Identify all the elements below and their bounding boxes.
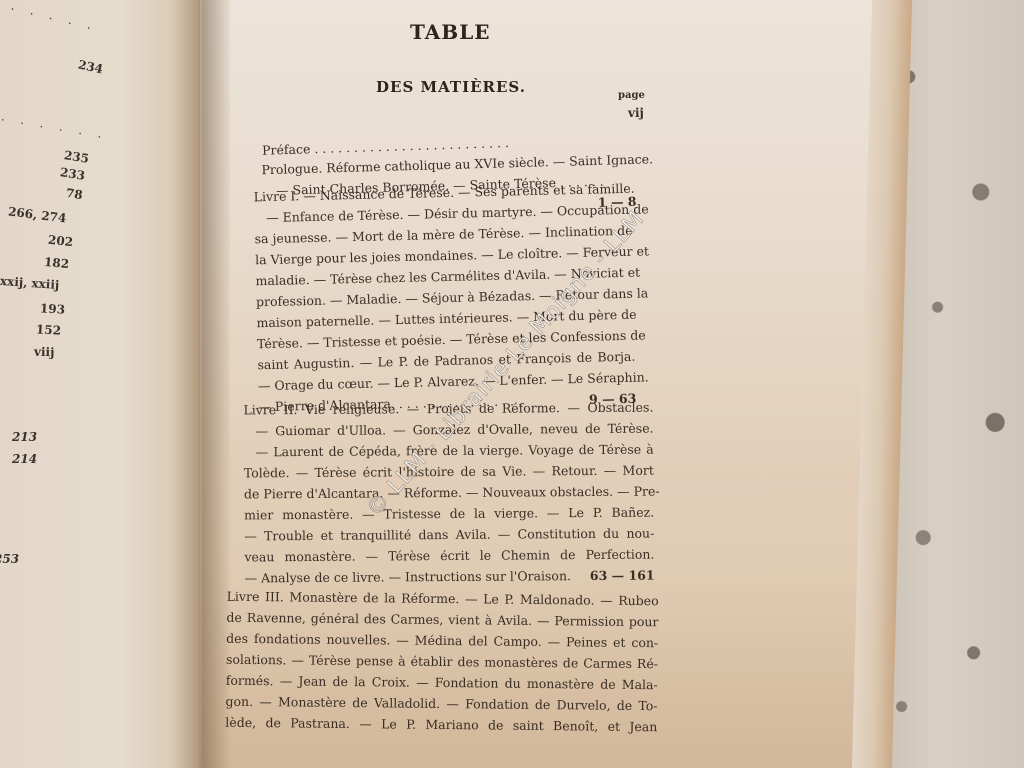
left-page-number: 266, 274: [7, 204, 67, 225]
left-page-index-numbers: · · · · · · 234 · · · · · · 235 233 78 2…: [0, 0, 200, 768]
left-page-number: 253: [0, 552, 19, 566]
toc-pages: 63 — 161: [590, 565, 655, 586]
preface-page-number: vij: [628, 106, 644, 120]
left-page-number: 233: [59, 165, 86, 183]
left-page-number: 202: [47, 233, 73, 250]
left-page-number: 213: [12, 430, 37, 444]
left-page-number: 78: [65, 186, 83, 202]
leader-dots: · · · · · ·: [0, 0, 98, 37]
page-column-label: page: [618, 90, 645, 101]
left-page-number: xxij, xxiij: [0, 274, 60, 292]
page-title: TABLE: [410, 20, 491, 44]
toc-line: veau monastère. — Térèse écrit le Chemin…: [244, 544, 654, 568]
left-page-number: 234: [77, 58, 104, 77]
toc-entry-livre-3: Livre III. Monastère de la Réforme. — Le…: [225, 586, 659, 738]
left-page-number: 235: [63, 148, 90, 166]
left-page-number: 152: [36, 322, 62, 337]
toc-line-with-pages: — Analyse de ce livre. — Instructions su…: [245, 565, 655, 589]
toc-line: — Analyse de ce livre. — Instructions su…: [245, 568, 571, 585]
toc-line: lède, de Pastrana. — Le P. Mariano de sa…: [225, 712, 657, 738]
left-page-number: 182: [43, 255, 69, 271]
left-page-number: viij: [34, 345, 55, 360]
toc-line: de Pierre d'Alcantara. — Réforme. — Nouv…: [244, 481, 654, 505]
leader-dots: · · · · · ·: [0, 113, 108, 146]
left-page-number: 214: [12, 452, 37, 466]
toc-line: mier monastère. — Tristesse de la vierge…: [244, 502, 654, 526]
page-subtitle: DES MATIÈRES.: [376, 78, 526, 96]
toc-line: — Trouble et tranquillité dans Avila. — …: [244, 523, 654, 547]
toc-line: Tolède. — Térèse écrit l'histoire de sa …: [244, 460, 654, 484]
left-page-number: 193: [40, 301, 66, 316]
